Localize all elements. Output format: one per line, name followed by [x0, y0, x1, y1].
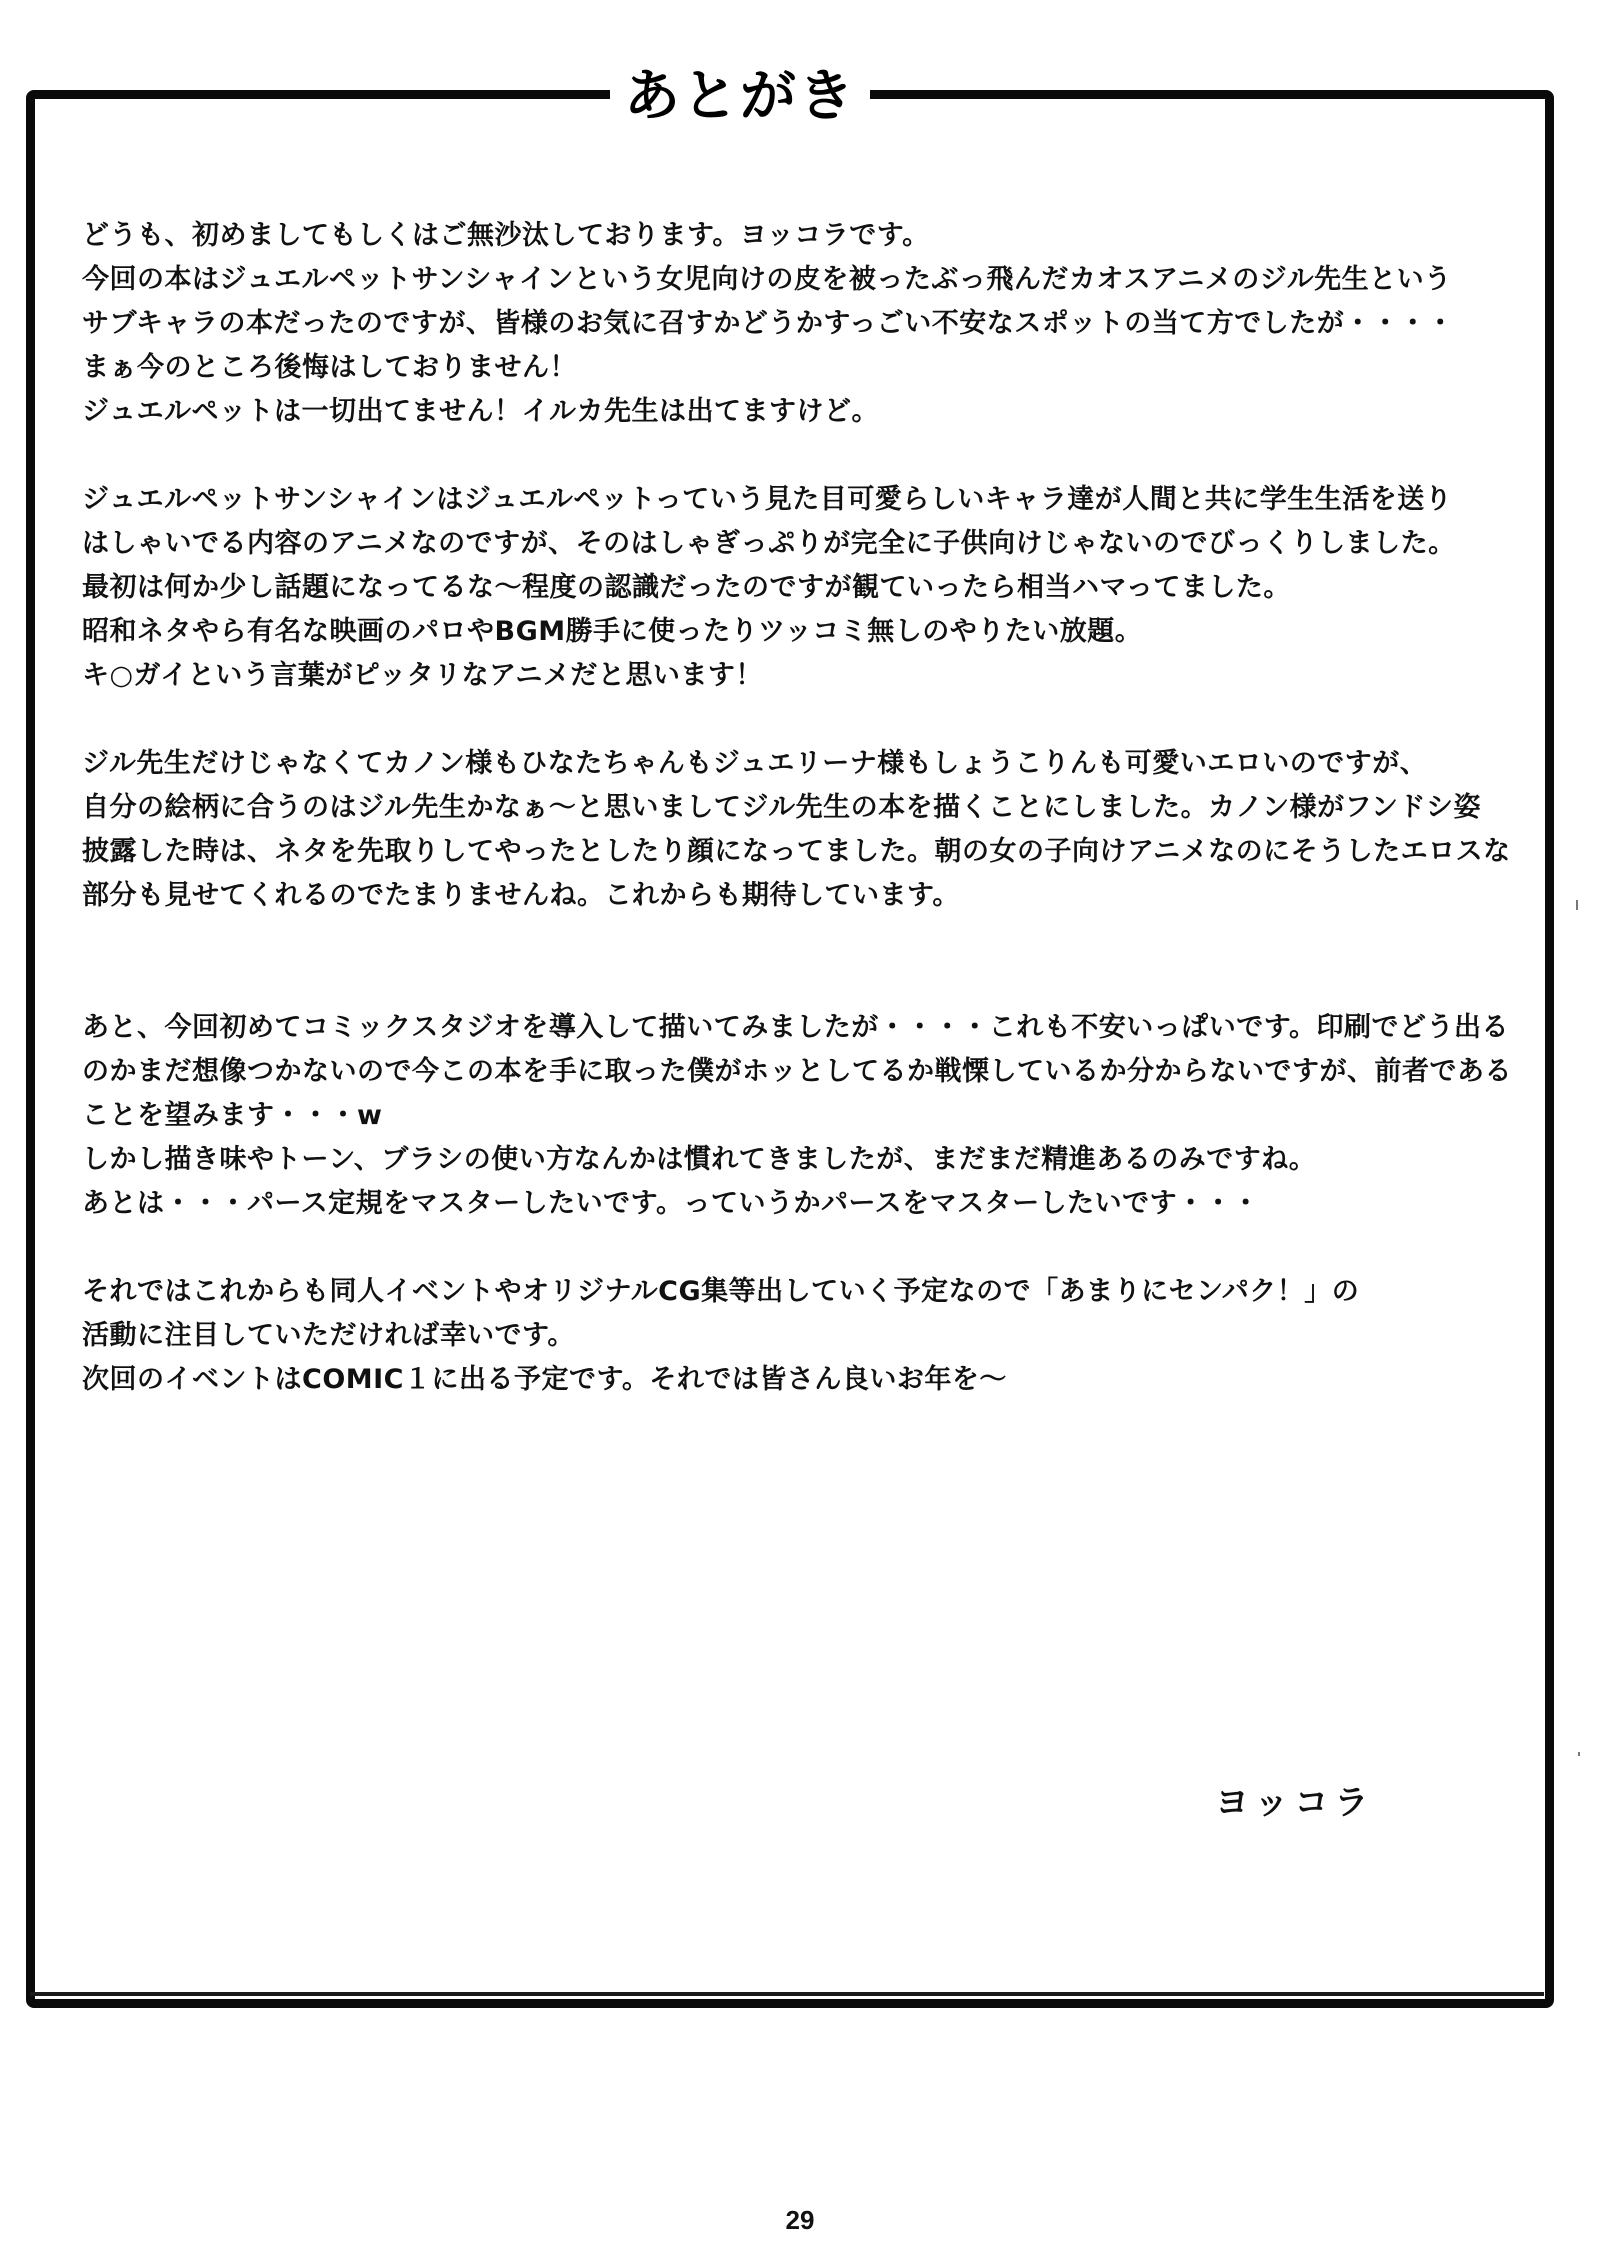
text-line: のかまだ想像つかないので今この本を手に取った僕がホッとしてるか戦慄しているか分か… [82, 1050, 1532, 1094]
text-line: 次回のイベントはCOMIC１に出る予定です。それでは皆さん良いお年を～ [82, 1358, 1532, 1402]
paragraph-2: ジュエルペットサンシャインはジュエルペットっていう見た目可愛らしいキャラ達が人間… [82, 478, 1532, 698]
text-line: キ○ガイという言葉がピッタリなアニメだと思います！ [82, 654, 1532, 698]
paragraph-3: ジル先生だけじゃなくてカノン様もひなたちゃんもジュエリーナ様もしょうこりんも可愛… [82, 742, 1532, 918]
text-line: サブキャラの本だったのですが、皆様のお気に召すかどうかすっごい不安なスポットの当… [82, 302, 1532, 346]
page-number: 29 [0, 2205, 1600, 2236]
text-line: ジュエルペットサンシャインはジュエルペットっていう見た目可愛らしいキャラ達が人間… [82, 478, 1532, 522]
text-line: しかし描き味やトーン、ブラシの使い方なんかは慣れてきましたが、まだまだ精進あるの… [82, 1138, 1532, 1182]
paragraph-gap [82, 1226, 1532, 1270]
text-line: あと、今回初めてコミックスタジオを導入して描いてみましたが・・・・これも不安いっ… [82, 1006, 1532, 1050]
text-line: 自分の絵柄に合うのはジル先生かなぁ～と思いましてジル先生の本を描くことにしました… [82, 786, 1532, 830]
page-title: あとがき [624, 69, 856, 125]
frame-bottom-edge [30, 1992, 1544, 1996]
text-line: はしゃいでる内容のアニメなのですが、そのはしゃぎっぷりが完全に子供向けじゃないの… [82, 522, 1532, 566]
scan-artifact [1576, 900, 1578, 910]
text-line: まぁ今のところ後悔はしておりません！ [82, 346, 1532, 390]
afterword-body: どうも、初めましてもしくはご無沙汰しております。ヨッコラです。 今回の本はジュエ… [82, 214, 1532, 1402]
paragraph-1: どうも、初めましてもしくはご無沙汰しております。ヨッコラです。 今回の本はジュエ… [82, 214, 1532, 434]
text-line: ジル先生だけじゃなくてカノン様もひなたちゃんもジュエリーナ様もしょうこりんも可愛… [82, 742, 1532, 786]
scan-artifact [1578, 1752, 1580, 1756]
text-line: 部分も見せてくれるのでたまりませんね。これからも期待しています。 [82, 874, 1532, 918]
text-line: あとは・・・パース定規をマスターしたいです。っていうかパースをマスターしたいです… [82, 1182, 1532, 1226]
paragraph-gap [82, 698, 1532, 742]
text-line: それではこれからも同人イベントやオリジナルCG集等出していく予定なので「あまりに… [82, 1270, 1532, 1314]
author-signature: ヨッコラ [1215, 1775, 1374, 1824]
title-banner: あとがき [610, 62, 870, 132]
text-line: 最初は何か少し話題になってるな～程度の認識だったのですが観ていったら相当ハマって… [82, 566, 1532, 610]
text-line: 活動に注目していただければ幸いです。 [82, 1314, 1532, 1358]
text-line: ことを望みます・・・w [82, 1094, 1532, 1138]
text-line: ジュエルペットは一切出てません！イルカ先生は出てますけど。 [82, 390, 1532, 434]
text-line: 披露した時は、ネタを先取りしてやったとしたり顔になってました。朝の女の子向けアニ… [82, 830, 1532, 874]
text-line: 今回の本はジュエルペットサンシャインという女児向けの皮を被ったぶっ飛んだカオスア… [82, 258, 1532, 302]
paragraph-4: あと、今回初めてコミックスタジオを導入して描いてみましたが・・・・これも不安いっ… [82, 1006, 1532, 1226]
paragraph-5: それではこれからも同人イベントやオリジナルCG集等出していく予定なので「あまりに… [82, 1270, 1532, 1402]
paragraph-gap [82, 918, 1532, 1006]
text-line: どうも、初めましてもしくはご無沙汰しております。ヨッコラです。 [82, 214, 1532, 258]
paragraph-gap [82, 434, 1532, 478]
text-line: 昭和ネタやら有名な映画のパロやBGM勝手に使ったりツッコミ無しのやりたい放題。 [82, 610, 1532, 654]
